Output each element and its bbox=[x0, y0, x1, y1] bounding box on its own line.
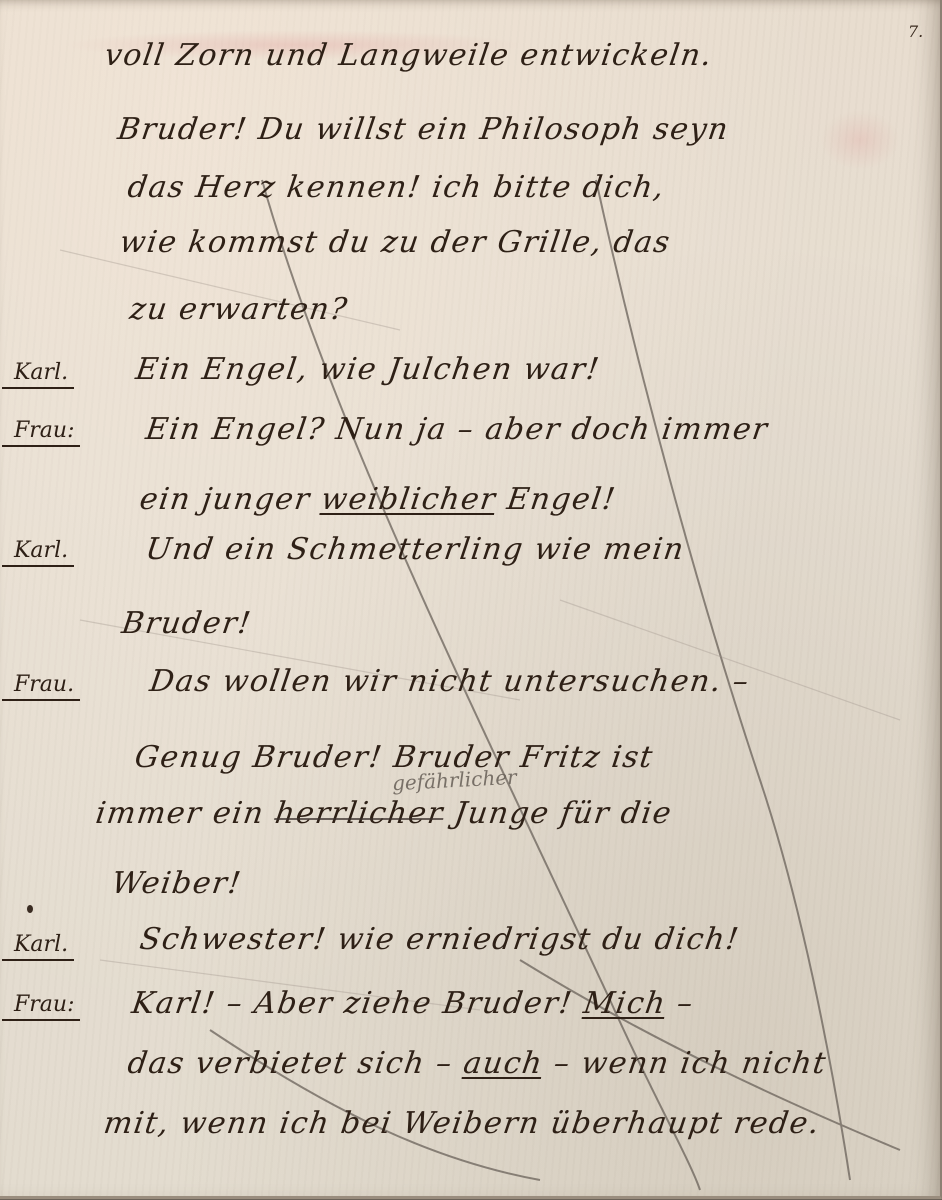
speaker-label-frau: Frau: bbox=[2, 418, 80, 447]
speaker-label-frau: Frau. bbox=[2, 672, 80, 701]
line-text: Das wollen wir nicht untersuchen. – bbox=[148, 664, 752, 699]
manuscript-line: Weiber! bbox=[110, 866, 245, 901]
manuscript-page: 7. voll Zorn und Langweile entwickeln. B… bbox=[0, 0, 942, 1199]
manuscript-line: Das wollen wir nicht untersuchen. – bbox=[148, 664, 752, 699]
speaker-label-karl: Karl. bbox=[2, 932, 74, 961]
manuscript-line: Ein Engel, wie Julchen war! bbox=[134, 352, 603, 387]
manuscript-line: das Herz kennen! ich bitte dich, bbox=[126, 170, 668, 205]
line-text: – bbox=[664, 986, 696, 1021]
line-text: ein junger bbox=[138, 482, 324, 517]
line-text: Karl! – Aber ziehe Bruder! bbox=[130, 986, 587, 1021]
line-text: das verbietet sich – bbox=[126, 1046, 467, 1081]
underlined-word: auch bbox=[461, 1046, 545, 1081]
line-text: wie kommst du zu der Grille, das bbox=[118, 225, 674, 260]
line-text: Weiber! bbox=[110, 866, 245, 901]
manuscript-line: Schwester! wie erniedrigst du dich! bbox=[138, 922, 742, 957]
manuscript-line: immer ein herrlicher Junge für die bbox=[94, 796, 675, 831]
line-text: zu erwarten? bbox=[128, 292, 351, 327]
manuscript-line: mit, wenn ich bei Weibern überhaupt rede… bbox=[102, 1106, 823, 1141]
line-text: Ein Engel, wie Julchen war! bbox=[134, 352, 603, 387]
manuscript-line: wie kommst du zu der Grille, das bbox=[118, 225, 674, 260]
line-text: voll Zorn und Langweile entwickeln. bbox=[103, 38, 715, 73]
manuscript-line: voll Zorn und Langweile entwickeln. bbox=[103, 38, 715, 73]
line-text: mit, wenn ich bei Weibern überhaupt rede… bbox=[102, 1106, 823, 1141]
speaker-label-frau: Frau: bbox=[2, 992, 80, 1021]
underlined-word: weiblicher bbox=[319, 482, 499, 517]
line-text: immer ein bbox=[94, 796, 278, 831]
struck-word: herrlicher bbox=[273, 796, 446, 831]
line-text: das Herz kennen! ich bitte dich, bbox=[126, 170, 668, 205]
manuscript-line: Bruder! Du willst ein Philosoph seyn bbox=[116, 112, 732, 147]
manuscript-line: Karl! – Aber ziehe Bruder! Mich – bbox=[130, 986, 697, 1021]
manuscript-line: Ein Engel? Nun ja – aber doch immer bbox=[144, 412, 771, 447]
line-text: Junge für die bbox=[441, 796, 674, 831]
page-number: 7. bbox=[908, 22, 923, 41]
line-text: Und ein Schmetterling wie mein bbox=[144, 532, 687, 567]
line-text: Genug Bruder! Bruder Fritz ist bbox=[133, 740, 656, 775]
line-text: Bruder! bbox=[120, 606, 254, 641]
line-text: Bruder! Du willst ein Philosoph seyn bbox=[116, 112, 732, 147]
manuscript-line: ein junger weiblicher Engel! bbox=[138, 482, 619, 517]
ink-blot bbox=[27, 905, 33, 913]
manuscript-line: Und ein Schmetterling wie mein bbox=[144, 532, 687, 567]
speaker-label-karl: Karl. bbox=[2, 538, 74, 567]
manuscript-line: Genug Bruder! Bruder Fritz ist bbox=[133, 740, 656, 775]
ink-bleed-stain bbox=[820, 110, 900, 170]
pencil-correction: gefährlicher bbox=[391, 765, 517, 795]
underlined-word: Mich bbox=[581, 986, 668, 1021]
manuscript-line: Bruder! bbox=[120, 606, 254, 641]
line-text: Ein Engel? Nun ja – aber doch immer bbox=[144, 412, 771, 447]
manuscript-line: zu erwarten? bbox=[128, 292, 351, 327]
manuscript-line: das verbietet sich – auch – wenn ich nic… bbox=[126, 1046, 830, 1081]
line-text: Schwester! wie erniedrigst du dich! bbox=[138, 922, 742, 957]
speaker-label-karl: Karl. bbox=[2, 360, 74, 389]
line-text: Engel! bbox=[494, 482, 619, 517]
line-text: – wenn ich nicht bbox=[541, 1046, 829, 1081]
